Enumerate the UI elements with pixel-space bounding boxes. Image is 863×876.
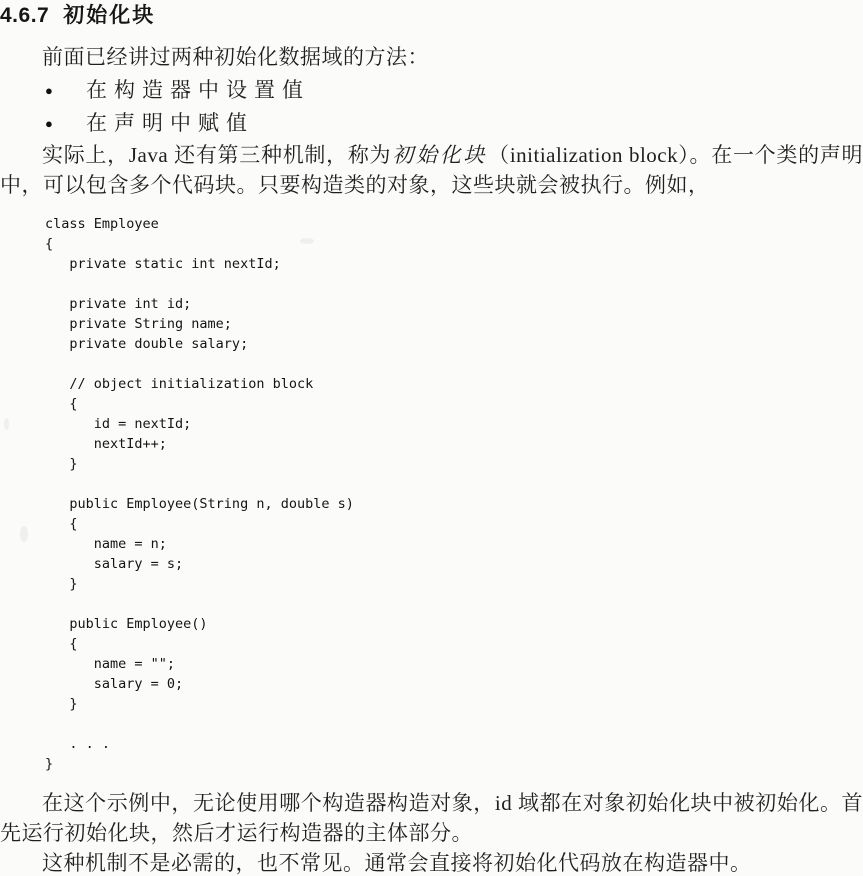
scan-artifact xyxy=(4,418,9,430)
bullet-text: 在声明中赋值 xyxy=(86,111,254,135)
scan-artifact xyxy=(20,526,28,542)
section-title: 初始化块 xyxy=(63,4,155,27)
closing-paragraph: 这种机制不是必需的，也不常见。通常会直接将初始化代码放在构造器中。 xyxy=(0,848,863,876)
section-heading: 4.6.7初始化块 xyxy=(0,2,863,30)
id-field-term: id xyxy=(495,791,512,815)
book-page: 4.6.7初始化块 前面已经讲过两种初始化数据域的方法： ●在构造器中设置值 ●… xyxy=(0,0,863,876)
intro-paragraph: 前面已经讲过两种初始化数据域的方法： xyxy=(0,42,863,72)
explanation-text-before: 在这个示例中，无论使用哪个构造器构造对象， xyxy=(42,791,495,815)
mechanism-text-before: 实际上，Java 还有第三种机制，称为 xyxy=(42,143,391,167)
bullet-list: ●在构造器中设置值 ●在声明中赋值 xyxy=(0,74,863,140)
bullet-text: 在构造器中设置值 xyxy=(86,78,310,102)
explanation-paragraph: 在这个示例中，无论使用哪个构造器构造对象，id 域都在对象初始化块中被初始化。首… xyxy=(0,788,863,848)
bullet-icon: ● xyxy=(45,74,86,107)
bullet-item-constructor: ●在构造器中设置值 xyxy=(0,74,863,107)
bullet-item-declaration: ●在声明中赋值 xyxy=(0,107,863,140)
java-code-block: class Employee { private static int next… xyxy=(45,214,863,774)
bullet-icon: ● xyxy=(45,107,86,140)
mechanism-paragraph: 实际上，Java 还有第三种机制，称为初始化块（initialization b… xyxy=(0,140,863,200)
initialization-block-term: 初始化块 xyxy=(391,143,488,167)
section-number: 4.6.7 xyxy=(0,4,49,27)
